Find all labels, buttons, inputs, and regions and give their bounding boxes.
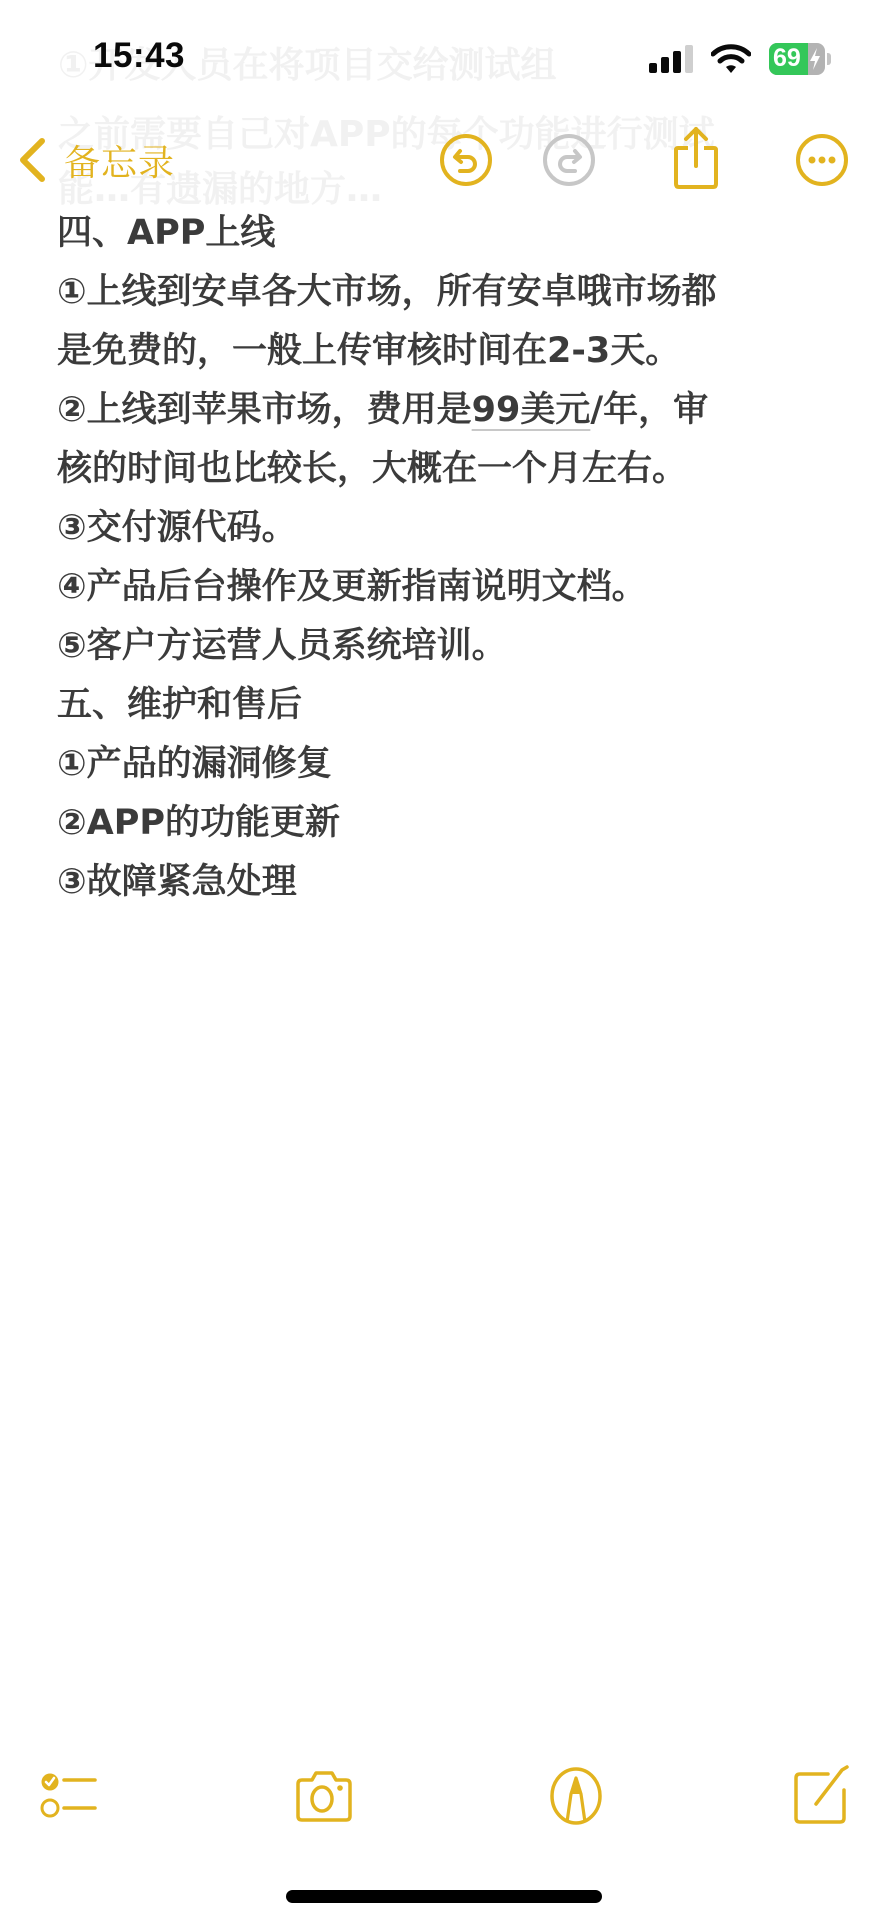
note-line: ③交付源代码。	[57, 499, 847, 558]
undo-icon	[438, 132, 494, 188]
note-line: 是免费的，一般上传审核时间在2-3天。	[57, 322, 847, 381]
note-line: ①产品的漏洞修复	[57, 735, 847, 794]
markup-pen-icon	[544, 1764, 608, 1828]
charging-bolt-icon	[809, 48, 821, 70]
markup-button[interactable]	[544, 1764, 608, 1828]
redo-icon	[541, 132, 597, 188]
note-line: ①上线到安卓各大市场，所有安卓哦市场都	[57, 263, 847, 322]
more-icon	[794, 132, 850, 188]
nav-bar: 备忘录	[0, 120, 887, 200]
checklist-icon	[37, 1764, 101, 1828]
home-indicator[interactable]	[286, 1890, 602, 1903]
camera-button[interactable]	[292, 1764, 356, 1828]
camera-icon	[292, 1764, 356, 1828]
note-line: ⑤客户方运营人员系统培训。	[57, 617, 847, 676]
note-line: ④产品后台操作及更新指南说明文档。	[57, 558, 847, 617]
share-icon	[668, 126, 724, 190]
status-time: 15:43	[93, 36, 185, 76]
back-button[interactable]: 备忘录	[16, 134, 175, 186]
note-text: /年，审	[590, 390, 708, 430]
wifi-icon	[711, 44, 751, 74]
bottom-toolbar	[0, 1760, 887, 1830]
note-text: ②上线到苹果市场，费用是	[57, 390, 472, 430]
note-line: ②APP的功能更新	[57, 794, 847, 853]
undo-button[interactable]	[438, 132, 494, 188]
note-body[interactable]: 四、APP上线 ①上线到安卓各大市场，所有安卓哦市场都 是免费的，一般上传审核时…	[57, 204, 847, 912]
more-button[interactable]	[794, 132, 850, 188]
chevron-left-icon	[16, 137, 48, 183]
checklist-button[interactable]	[37, 1764, 101, 1828]
status-bar: 15:43 69	[0, 0, 887, 110]
note-line: ②上线到苹果市场，费用是99美元/年，审	[57, 381, 847, 440]
note-heading: 四、APP上线	[57, 204, 847, 263]
note-line: 核的时间也比较长，大概在一个月左右。	[57, 440, 847, 499]
price-data-detector-link[interactable]: 99美元	[472, 390, 591, 430]
notes-screen: ①开发人员在将项目交给测试组 之前需要自己对APP的每个功能进行测试 能…有遗漏…	[0, 0, 887, 1920]
back-label: 备忘录	[64, 135, 175, 186]
note-heading: 五、维护和售后	[57, 676, 847, 735]
redo-button[interactable]	[541, 132, 597, 188]
compose-button[interactable]	[790, 1764, 854, 1828]
battery-nub	[827, 53, 831, 65]
battery-icon: 69	[769, 43, 825, 75]
compose-icon	[790, 1764, 854, 1828]
share-button[interactable]	[668, 126, 724, 190]
signal-icon	[649, 45, 695, 73]
battery-percent: 69	[773, 44, 801, 73]
note-line: ③故障紧急处理	[57, 853, 847, 912]
